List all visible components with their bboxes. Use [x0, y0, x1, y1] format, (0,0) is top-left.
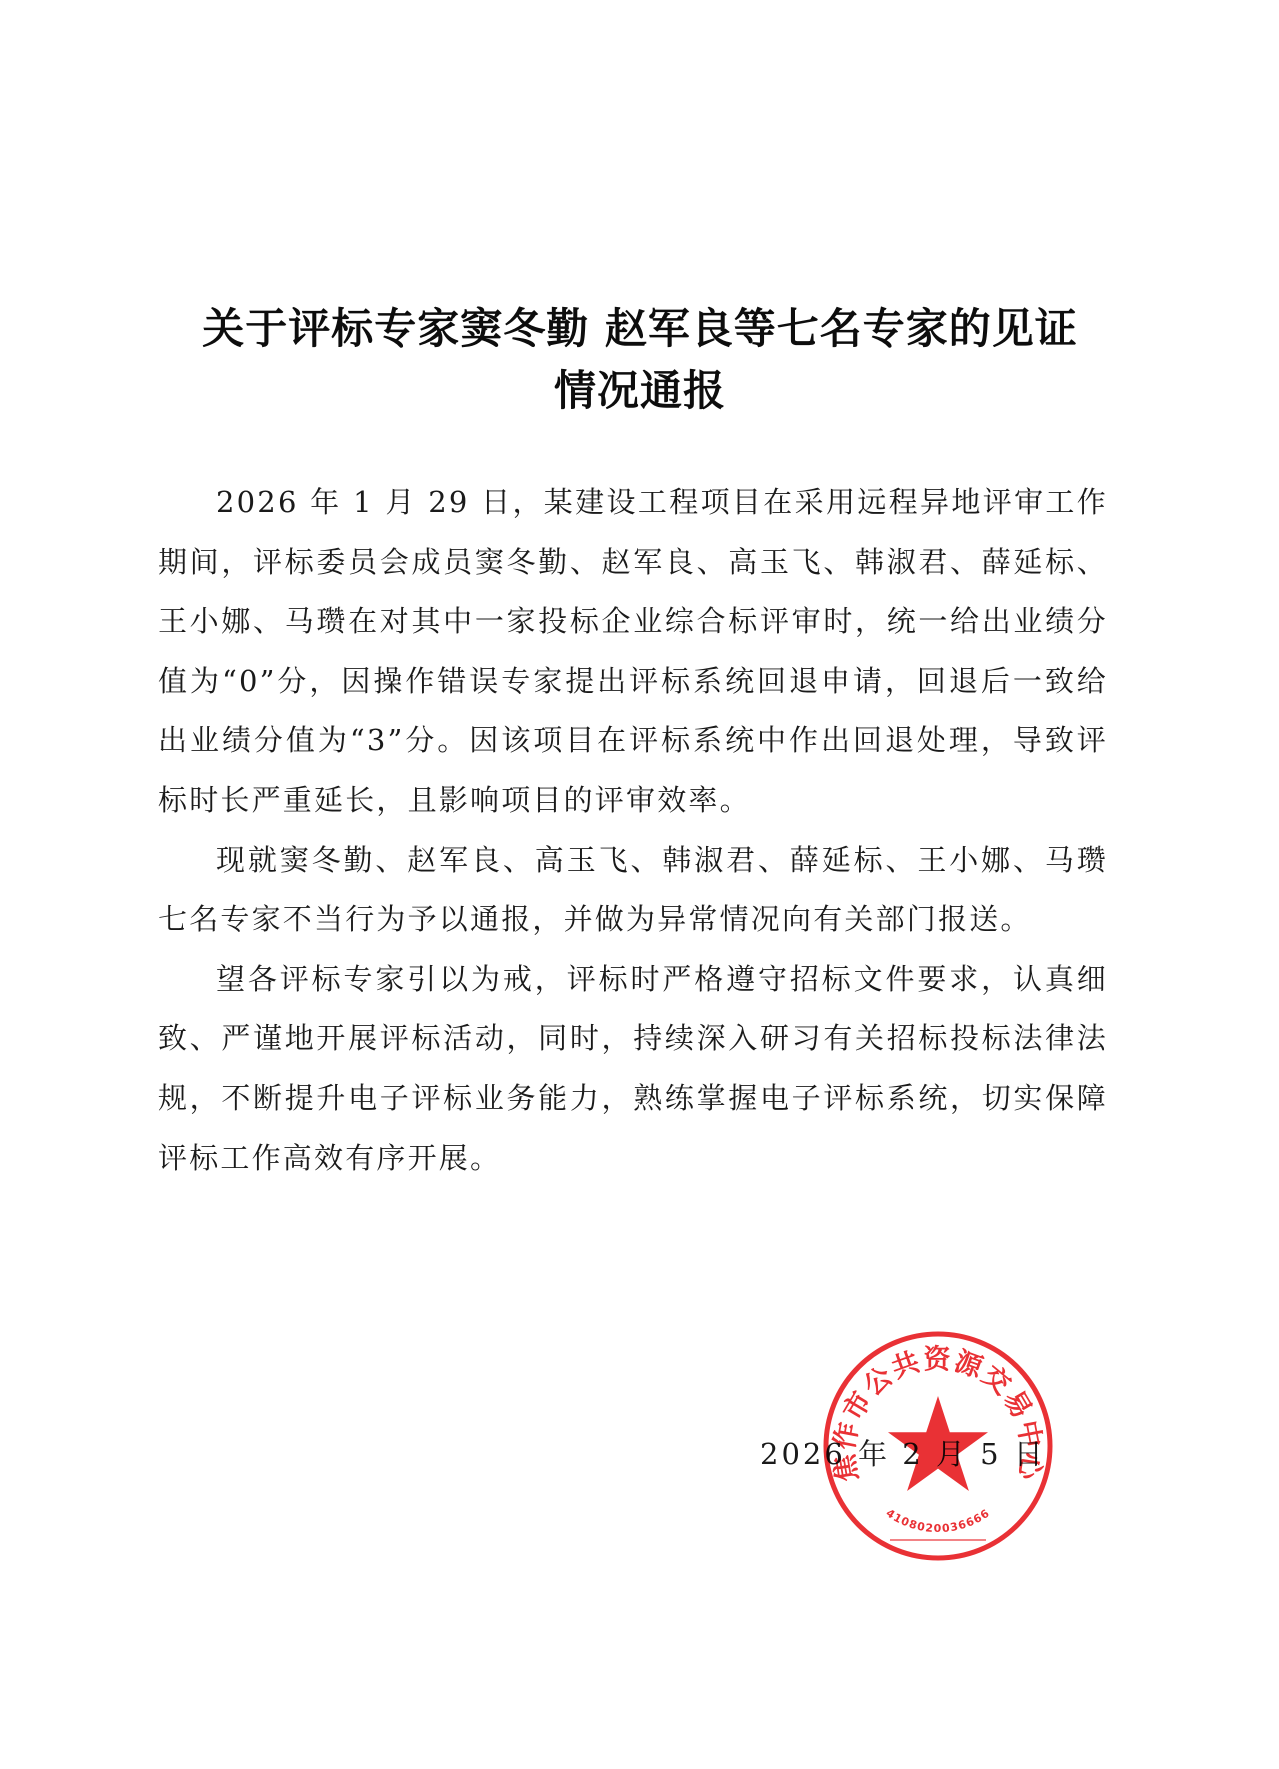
svg-text:4108020036666: 4108020036666	[884, 1506, 993, 1535]
document-body: 2026 年 1 月 29 日，某建设工程项目在采用远程异地评审工作期间，评标委…	[158, 473, 1108, 1188]
seal-graphic: 焦作市公共资源交易中心 4108020036666	[820, 1328, 1056, 1564]
paragraph-incident: 2026 年 1 月 29 日，某建设工程项目在采用远程异地评审工作期间，评标委…	[158, 473, 1108, 831]
title-line-1: 关于评标专家窦冬勤 赵军良等七名专家的见证	[150, 298, 1130, 360]
official-seal: 焦作市公共资源交易中心 4108020036666	[820, 1328, 1056, 1564]
document-page: 关于评标专家窦冬勤 赵军良等七名专家的见证 情况通报 2026 年 1 月 29…	[0, 0, 1279, 1769]
seal-code-text: 4108020036666	[884, 1506, 993, 1535]
star-icon	[888, 1396, 988, 1491]
document-title: 关于评标专家窦冬勤 赵军良等七名专家的见证 情况通报	[150, 298, 1130, 422]
paragraph-notice: 现就窦冬勤、赵军良、高玉飞、韩淑君、薛延标、王小娜、马瓒七名专家不当行为予以通报…	[158, 831, 1108, 950]
title-line-2: 情况通报	[150, 360, 1130, 422]
paragraph-admonition: 望各评标专家引以为戒，评标时严格遵守招标文件要求，认真细致、严谨地开展评标活动，…	[158, 950, 1108, 1188]
